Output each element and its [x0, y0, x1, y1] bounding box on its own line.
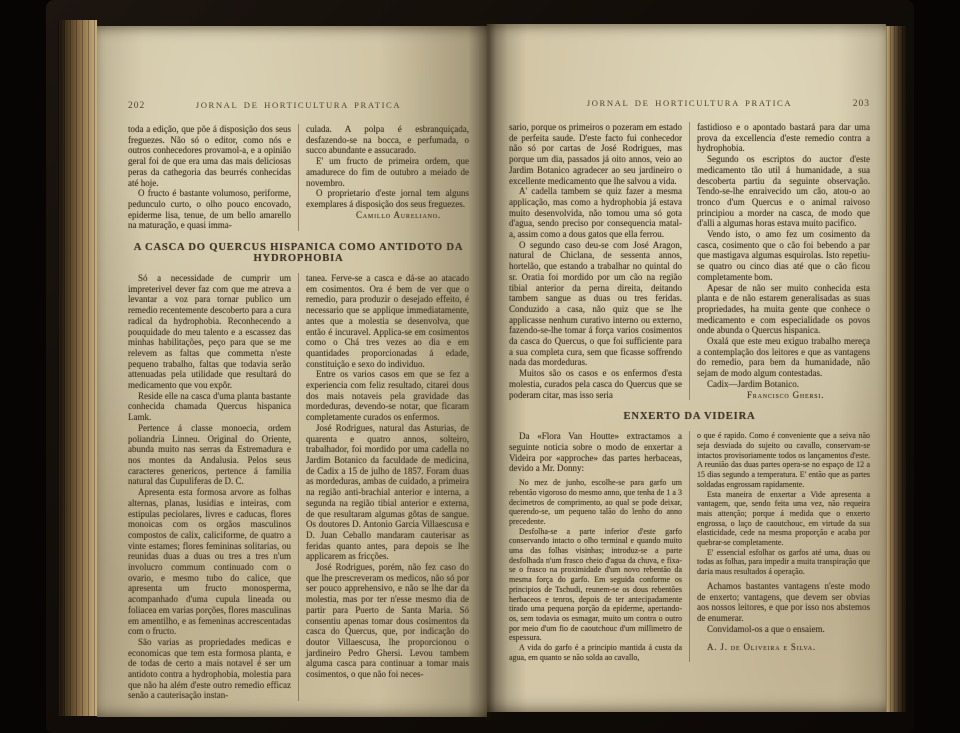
paragraph: Apesar de não ser muito conhecida esta p…: [697, 283, 870, 337]
right-page-content: JORNAL DE HORTICULTURA PRATICA 203 sario…: [509, 98, 870, 702]
paragraph: Só a necessidade de cumprir um impreteri…: [128, 273, 291, 391]
right-quercus-col1: sario, porque os primeiros o pozeram em …: [509, 122, 690, 400]
left-article-columns: Só a necessidade de cumprir um impreteri…: [128, 273, 469, 701]
paragraph: Reside elle na casca d'uma planta bastan…: [128, 391, 291, 423]
paragraph: Apresenta esta formosa arvore as folhas …: [128, 487, 291, 637]
right-quercus-col2: fastidioso e o apontado bastará para dar…: [690, 122, 870, 400]
paragraph: E' essencial esfolhar os garfos até uma,…: [697, 548, 870, 577]
left-article-col2: tanea. Ferve-se a casca e dá-se ao ataca…: [299, 273, 469, 701]
paragraph: Segundo os escriptos do auctor d'este me…: [697, 154, 870, 229]
left-article-col1: Só a necessidade de cumprir um impreteri…: [128, 273, 299, 701]
page-edges-right: [886, 26, 906, 712]
paragraph: No mez de junho, escolhe-se para garfo u…: [509, 478, 682, 527]
right-enxerto-columns: Da «Flora Van Houtte» extractamos a segu…: [509, 431, 870, 662]
paragraph: Entre os varios casos em que se fez a ex…: [306, 369, 469, 423]
paragraph: A' cadella tambem se quiz fazer a mesma …: [509, 186, 682, 240]
right-page-number: 203: [840, 99, 870, 109]
paragraph: E' um fructo de primeira ordem, que amad…: [306, 156, 469, 188]
paragraph: Convidamol-os a que o ensaiem.: [697, 624, 870, 635]
paragraph: tanea. Ferve-se a casca e dá-se ao ataca…: [306, 273, 469, 369]
paragraph: José Rodrigues, natural das Asturias, de…: [306, 423, 469, 562]
paragraph: São varias as propriedades medicas e eco…: [128, 637, 291, 701]
paragraph: Oxalá que este meu exiguo trabalho mereç…: [697, 336, 870, 379]
paragraph: toda a edição, que põe á disposição dos …: [128, 124, 291, 188]
paragraph: Da «Flora Van Houtte» extractamos a segu…: [509, 431, 682, 474]
author-signature: Camillo Aureliano.: [306, 210, 469, 221]
paragraph: Pertence á classe monoecia, ordem polian…: [128, 423, 291, 487]
left-intro-col2: culada. A polpa é esbranquiçada, desfaze…: [299, 124, 469, 231]
right-enxerto-col1: Da «Flora Van Houtte» extractamos a segu…: [509, 431, 690, 662]
left-page: 202 JORNAL DE HORTICULTURA PRATICA toda …: [97, 26, 487, 717]
paragraph: fastidioso e o apontado bastará para dar…: [697, 122, 870, 154]
left-page-number: 202: [128, 101, 158, 111]
article-heading-enxerto: ENXERTO DA VIDEIRA: [509, 411, 870, 422]
left-intro-col1: toda a edição, que põe á disposição dos …: [128, 124, 299, 231]
right-page: JORNAL DE HORTICULTURA PRATICA 203 sario…: [487, 24, 886, 712]
right-enxerto-col2: o que é rapido. Como é conveniente que a…: [690, 431, 870, 662]
paragraph: Achamos bastantes vantagens n'este modo …: [697, 581, 870, 624]
left-running-title: JORNAL DE HORTICULTURA PRATICA: [158, 100, 439, 110]
right-running-title: JORNAL DE HORTICULTURA PRATICA: [539, 98, 840, 108]
place-line: Cadix—Jardim Botanico.: [697, 379, 870, 390]
author-signature: A. J. de Oliveira e Silva.: [697, 642, 870, 653]
paragraph: Esta maneira de enxertar a Vide apresent…: [697, 490, 870, 548]
paragraph: culada. A polpa é esbranquiçada, desfaze…: [306, 124, 469, 156]
paragraph: José Rodrigues, porém, não fez caso do q…: [306, 562, 469, 680]
paragraph: o que é rapido. Como é conveniente que a…: [697, 431, 870, 489]
right-running-head: JORNAL DE HORTICULTURA PRATICA 203: [509, 98, 870, 109]
author-signature: Francisco Ghersi.: [697, 390, 870, 401]
left-intro-columns: toda a edição, que põe á disposição dos …: [128, 124, 469, 231]
paragraph: Muitos são os casos e os enfermos d'esta…: [509, 368, 682, 400]
article-heading-quercus: A CASCA DO QUERCUS HISPANICA COMO ANTIDO…: [128, 242, 469, 264]
paragraph: Vendo isto, o amo fez um cosimento da ca…: [697, 229, 870, 283]
paragraph: O segundo caso deu-se com José Aragon, n…: [509, 240, 682, 368]
page-edges-left: [58, 20, 97, 716]
spacer: [697, 634, 870, 642]
left-running-head: 202 JORNAL DE HORTICULTURA PRATICA: [128, 100, 469, 111]
paragraph: O proprietario d'este jornal tem alguns …: [306, 188, 469, 209]
paragraph: sario, porque os primeiros o pozeram em …: [509, 122, 682, 186]
paragraph: O fructo é bastante volumoso, periforme,…: [128, 188, 291, 231]
paragraph: A vida do garfo é a principio mantida á …: [509, 643, 682, 662]
paragraph: Desfolha-se a parte inferior d'este garf…: [509, 527, 682, 643]
right-quercus-columns: sario, porque os primeiros o pozeram em …: [509, 122, 870, 400]
left-page-content: 202 JORNAL DE HORTICULTURA PRATICA toda …: [128, 100, 469, 707]
